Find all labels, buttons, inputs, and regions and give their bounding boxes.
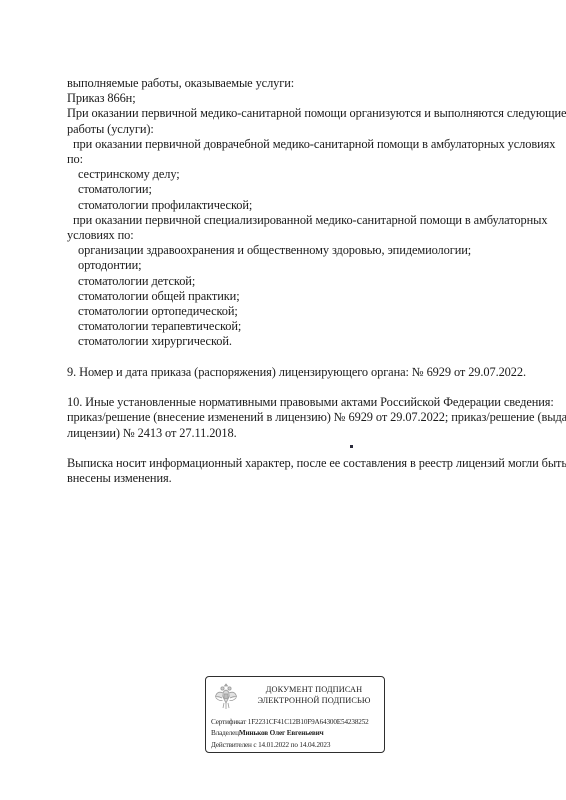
- section-premedical-heading: при оказании первичной доврачебной медик…: [67, 137, 537, 152]
- section-specialized-heading: условиях по:: [67, 228, 537, 243]
- scan-artifact-dot: [350, 445, 353, 448]
- stamp-details: Сертификат 1F2231CF41C12B10F9A64300E5423…: [211, 717, 369, 751]
- stamp-title: ДОКУМЕНТ ПОДПИСАН ЭЛЕКТРОННОЙ ПОДПИСЬЮ: [248, 684, 380, 706]
- intro-line: выполняемые работы, оказываемые услуги:: [67, 76, 537, 91]
- russian-coat-of-arms-icon: [214, 682, 238, 712]
- owner-row: ВладелецМиньков Олег Евгеньевич: [211, 728, 369, 739]
- intro-line: Приказ 866н;: [67, 91, 537, 106]
- list-item: сестринскому делу;: [67, 167, 537, 182]
- electronic-signature-stamp: ДОКУМЕНТ ПОДПИСАН ЭЛЕКТРОННОЙ ПОДПИСЬЮ С…: [205, 676, 385, 753]
- disclaimer-note: Выписка носит информационный характер, п…: [67, 456, 537, 471]
- list-item: стоматологии общей практики;: [67, 289, 537, 304]
- list-item: стоматологии;: [67, 182, 537, 197]
- list-item: стоматологии хирургической.: [67, 334, 537, 349]
- validity-row: Действителен с 14.01.2022 по 14.04.2023: [211, 740, 369, 751]
- list-item: стоматологии детской;: [67, 274, 537, 289]
- item-9: 9. Номер и дата приказа (распоряжения) л…: [67, 365, 537, 380]
- owner-name: Миньков Олег Евгеньевич: [239, 729, 324, 737]
- list-item: стоматологии профилактической;: [67, 198, 537, 213]
- spacer: [67, 441, 537, 456]
- valid-from: 14.01.2022: [258, 741, 289, 749]
- item-10: приказ/решение (внесение изменений в лиц…: [67, 410, 537, 425]
- intro-line: При оказании первичной медико-санитарной…: [67, 106, 537, 121]
- list-item: стоматологии ортопедической;: [67, 304, 537, 319]
- valid-to: 14.04.2023: [299, 741, 330, 749]
- item-10: 10. Иные установленные нормативными прав…: [67, 395, 537, 410]
- document-body: выполняемые работы, оказываемые услуги: …: [67, 76, 537, 486]
- disclaimer-note: внесены изменения.: [67, 471, 537, 486]
- section-premedical-heading: по:: [67, 152, 537, 167]
- certificate-row: Сертификат 1F2231CF41C12B10F9A64300E5423…: [211, 717, 369, 728]
- item-10: лицензии) № 2413 от 27.11.2018.: [67, 426, 537, 441]
- list-item: организации здравоохранения и общественн…: [67, 243, 537, 258]
- section-specialized-heading: при оказании первичной специализированно…: [67, 213, 537, 228]
- list-item: ортодонтии;: [67, 258, 537, 273]
- list-item: стоматологии терапевтической;: [67, 319, 537, 334]
- spacer: [67, 380, 537, 395]
- spacer: [67, 350, 537, 365]
- certificate-value: 1F2231CF41C12B10F9A64300E54238252: [248, 718, 369, 726]
- intro-line: работы (услуги):: [67, 122, 537, 137]
